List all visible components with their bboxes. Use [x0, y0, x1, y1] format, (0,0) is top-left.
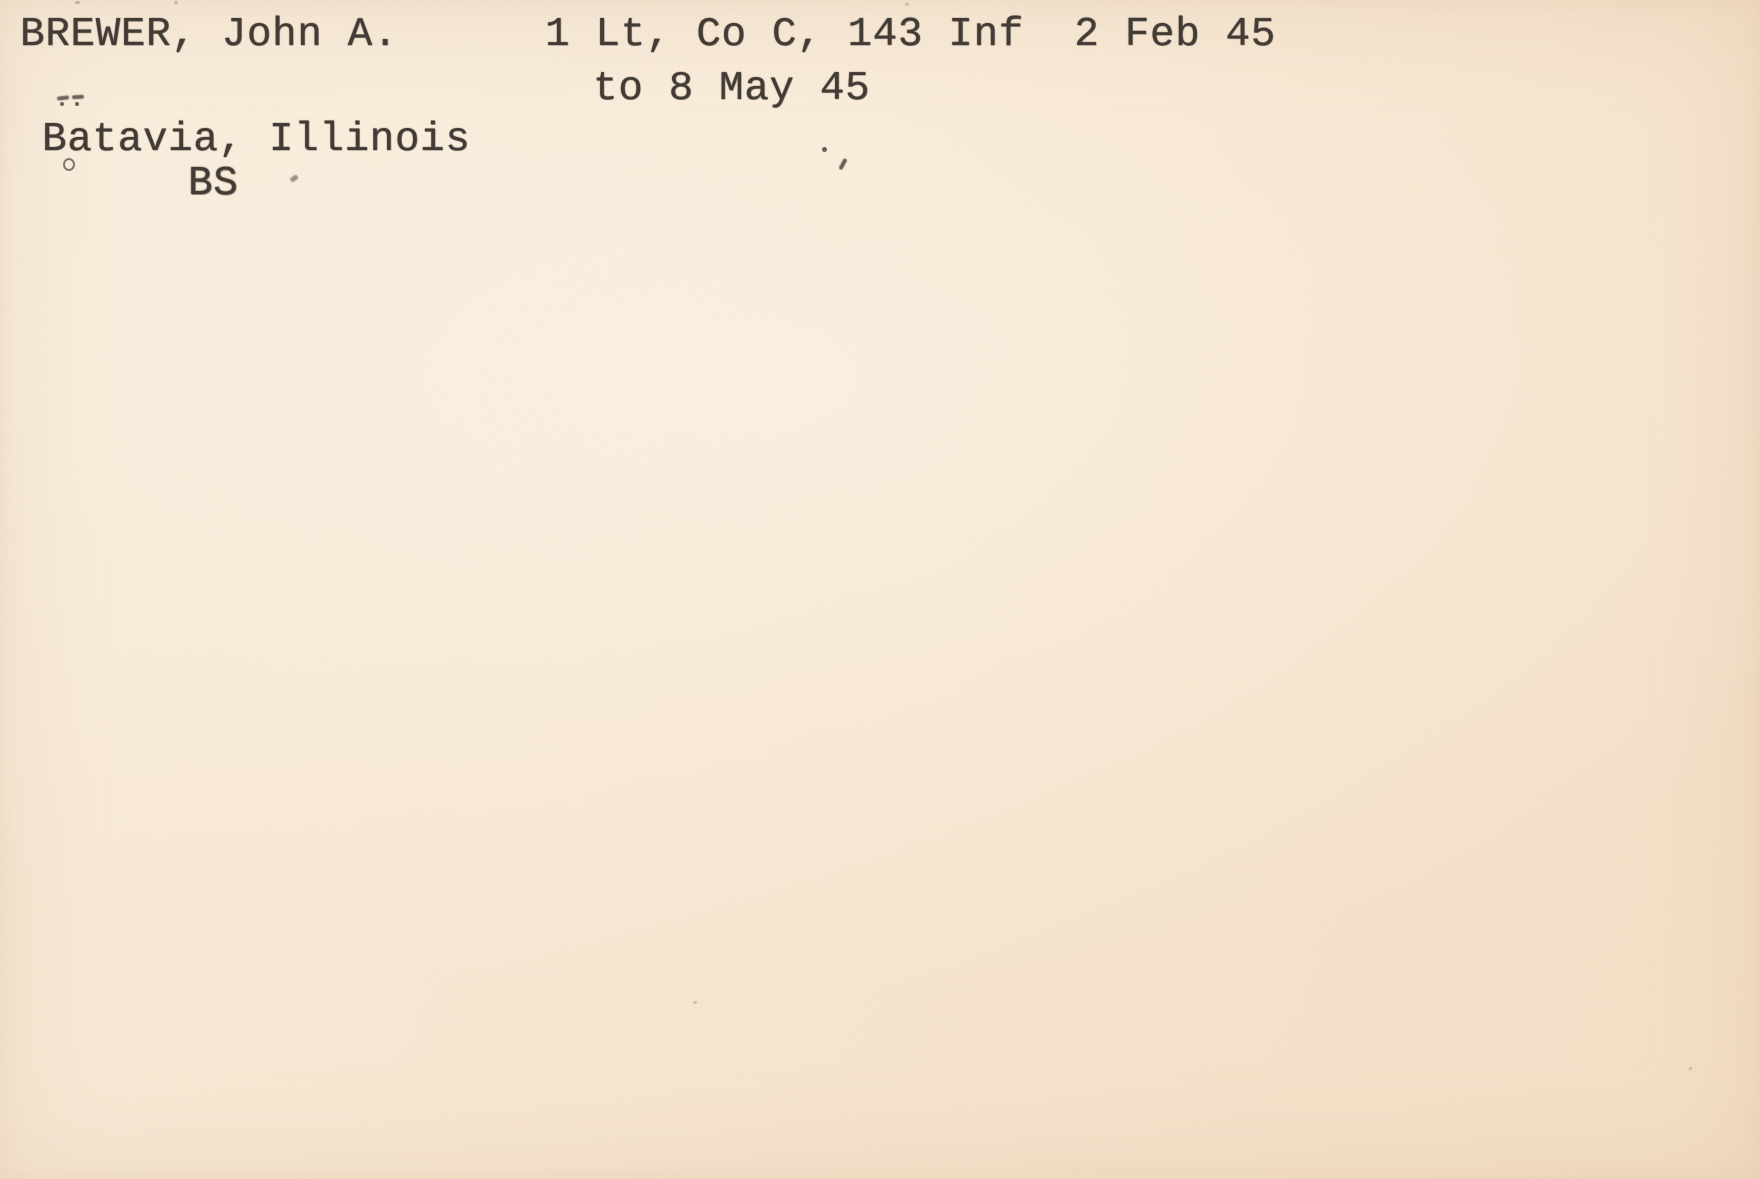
paper-grain-texture [0, 0, 1760, 1179]
paper-speck [75, 1, 80, 4]
award-abbreviation: BS [188, 164, 238, 205]
soldier-name-line: BREWER, John A. [20, 15, 398, 56]
index-card: BREWER, John A. 1 Lt, Co C, 143 Inf 2 Fe… [0, 0, 1760, 1179]
service-end-date-line: to 8 May 45 [593, 69, 870, 110]
paper-speck [693, 1001, 697, 1004]
ink-speck [822, 147, 827, 152]
ink-speck [838, 158, 847, 170]
paper-speck [174, 1, 178, 4]
ink-speck [289, 174, 298, 182]
paper-speck [1689, 1067, 1692, 1070]
ink-smudge-dash [57, 95, 69, 100]
ink-smudge-dash [72, 95, 84, 99]
paper-speck [905, 3, 909, 6]
ink-smudge-dot [60, 102, 64, 106]
ink-smudge-dot [75, 102, 79, 106]
residence-line: Batavia, Illinois [42, 120, 470, 161]
rank-unit-date-line: 1 Lt, Co C, 143 Inf 2 Feb 45 [545, 15, 1276, 56]
